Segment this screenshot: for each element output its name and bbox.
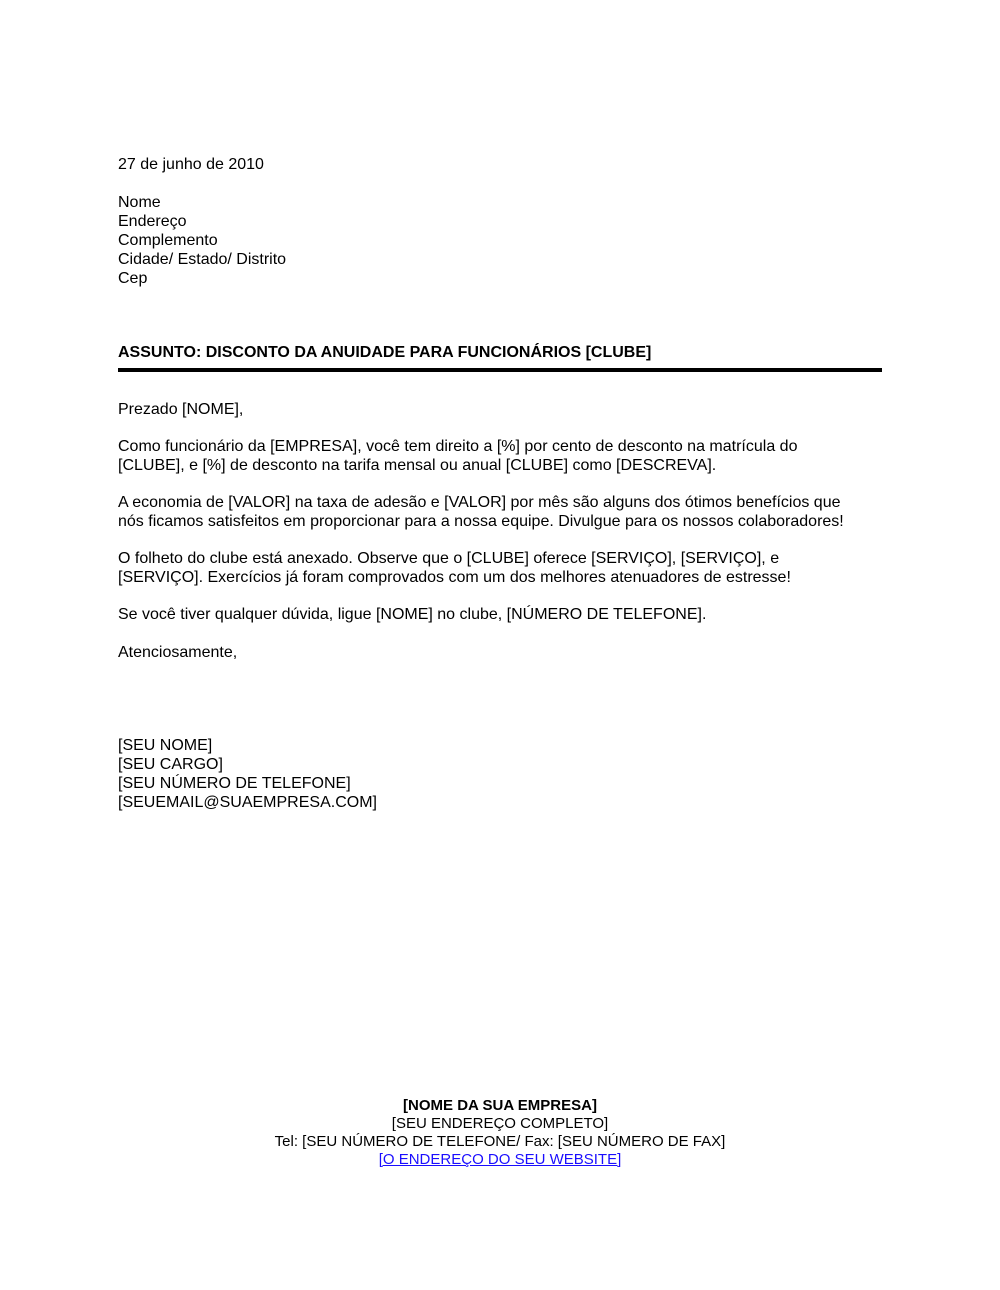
salutation: Prezado [NOME], — [118, 400, 243, 419]
letterhead-footer: [NOME DA SUA EMPRESA] [SEU ENDEREÇO COMP… — [0, 1097, 1000, 1169]
paragraph-line: A economia de [VALOR] na taxa de adesão … — [118, 493, 844, 512]
letter-page: 27 de junho de 2010 Nome Endereço Comple… — [0, 0, 1000, 1290]
paragraph-savings: A economia de [VALOR] na taxa de adesão … — [118, 493, 844, 531]
footer-company: [NOME DA SUA EMPRESA] — [0, 1097, 1000, 1115]
subject-divider — [118, 368, 882, 372]
signature-email: [SEUEMAIL@SUAEMPRESA.COM] — [118, 793, 377, 812]
closing: Atenciosamente, — [118, 643, 237, 662]
signature-block: [SEU NOME] [SEU CARGO] [SEU NÚMERO DE TE… — [118, 736, 377, 812]
paragraph-line: O folheto do clube está anexado. Observe… — [118, 549, 791, 568]
recipient-complement: Complemento — [118, 231, 286, 250]
signature-name: [SEU NOME] — [118, 736, 377, 755]
footer-website-link[interactable]: [O ENDEREÇO DO SEU WEBSITE] — [379, 1151, 622, 1168]
recipient-block: Nome Endereço Complemento Cidade/ Estado… — [118, 193, 286, 288]
paragraph-line: [CLUBE], e [%] de desconto na tarifa men… — [118, 456, 797, 475]
paragraph-questions: Se você tiver qualquer dúvida, ligue [NO… — [118, 605, 706, 624]
paragraph-line: Como funcionário da [EMPRESA], você tem … — [118, 437, 797, 456]
footer-address: [SEU ENDEREÇO COMPLETO] — [0, 1115, 1000, 1133]
recipient-address: Endereço — [118, 212, 286, 231]
signature-title: [SEU CARGO] — [118, 755, 377, 774]
paragraph-brochure: O folheto do clube está anexado. Observe… — [118, 549, 791, 587]
signature-phone: [SEU NÚMERO DE TELEFONE] — [118, 774, 377, 793]
recipient-zip: Cep — [118, 269, 286, 288]
recipient-city-state: Cidade/ Estado/ Distrito — [118, 250, 286, 269]
paragraph-discount: Como funcionário da [EMPRESA], você tem … — [118, 437, 797, 475]
paragraph-line: [SERVIÇO]. Exercícios já foram comprovad… — [118, 568, 791, 587]
footer-contact: Tel: [SEU NÚMERO DE TELEFONE/ Fax: [SEU … — [0, 1133, 1000, 1151]
recipient-name: Nome — [118, 193, 286, 212]
paragraph-line: nós ficamos satisfeitos em proporcionar … — [118, 512, 844, 531]
letter-date: 27 de junho de 2010 — [118, 155, 264, 174]
subject-line: ASSUNTO: DISCONTO DA ANUIDADE PARA FUNCI… — [118, 343, 651, 362]
paragraph-line: Se você tiver qualquer dúvida, ligue [NO… — [118, 605, 706, 624]
